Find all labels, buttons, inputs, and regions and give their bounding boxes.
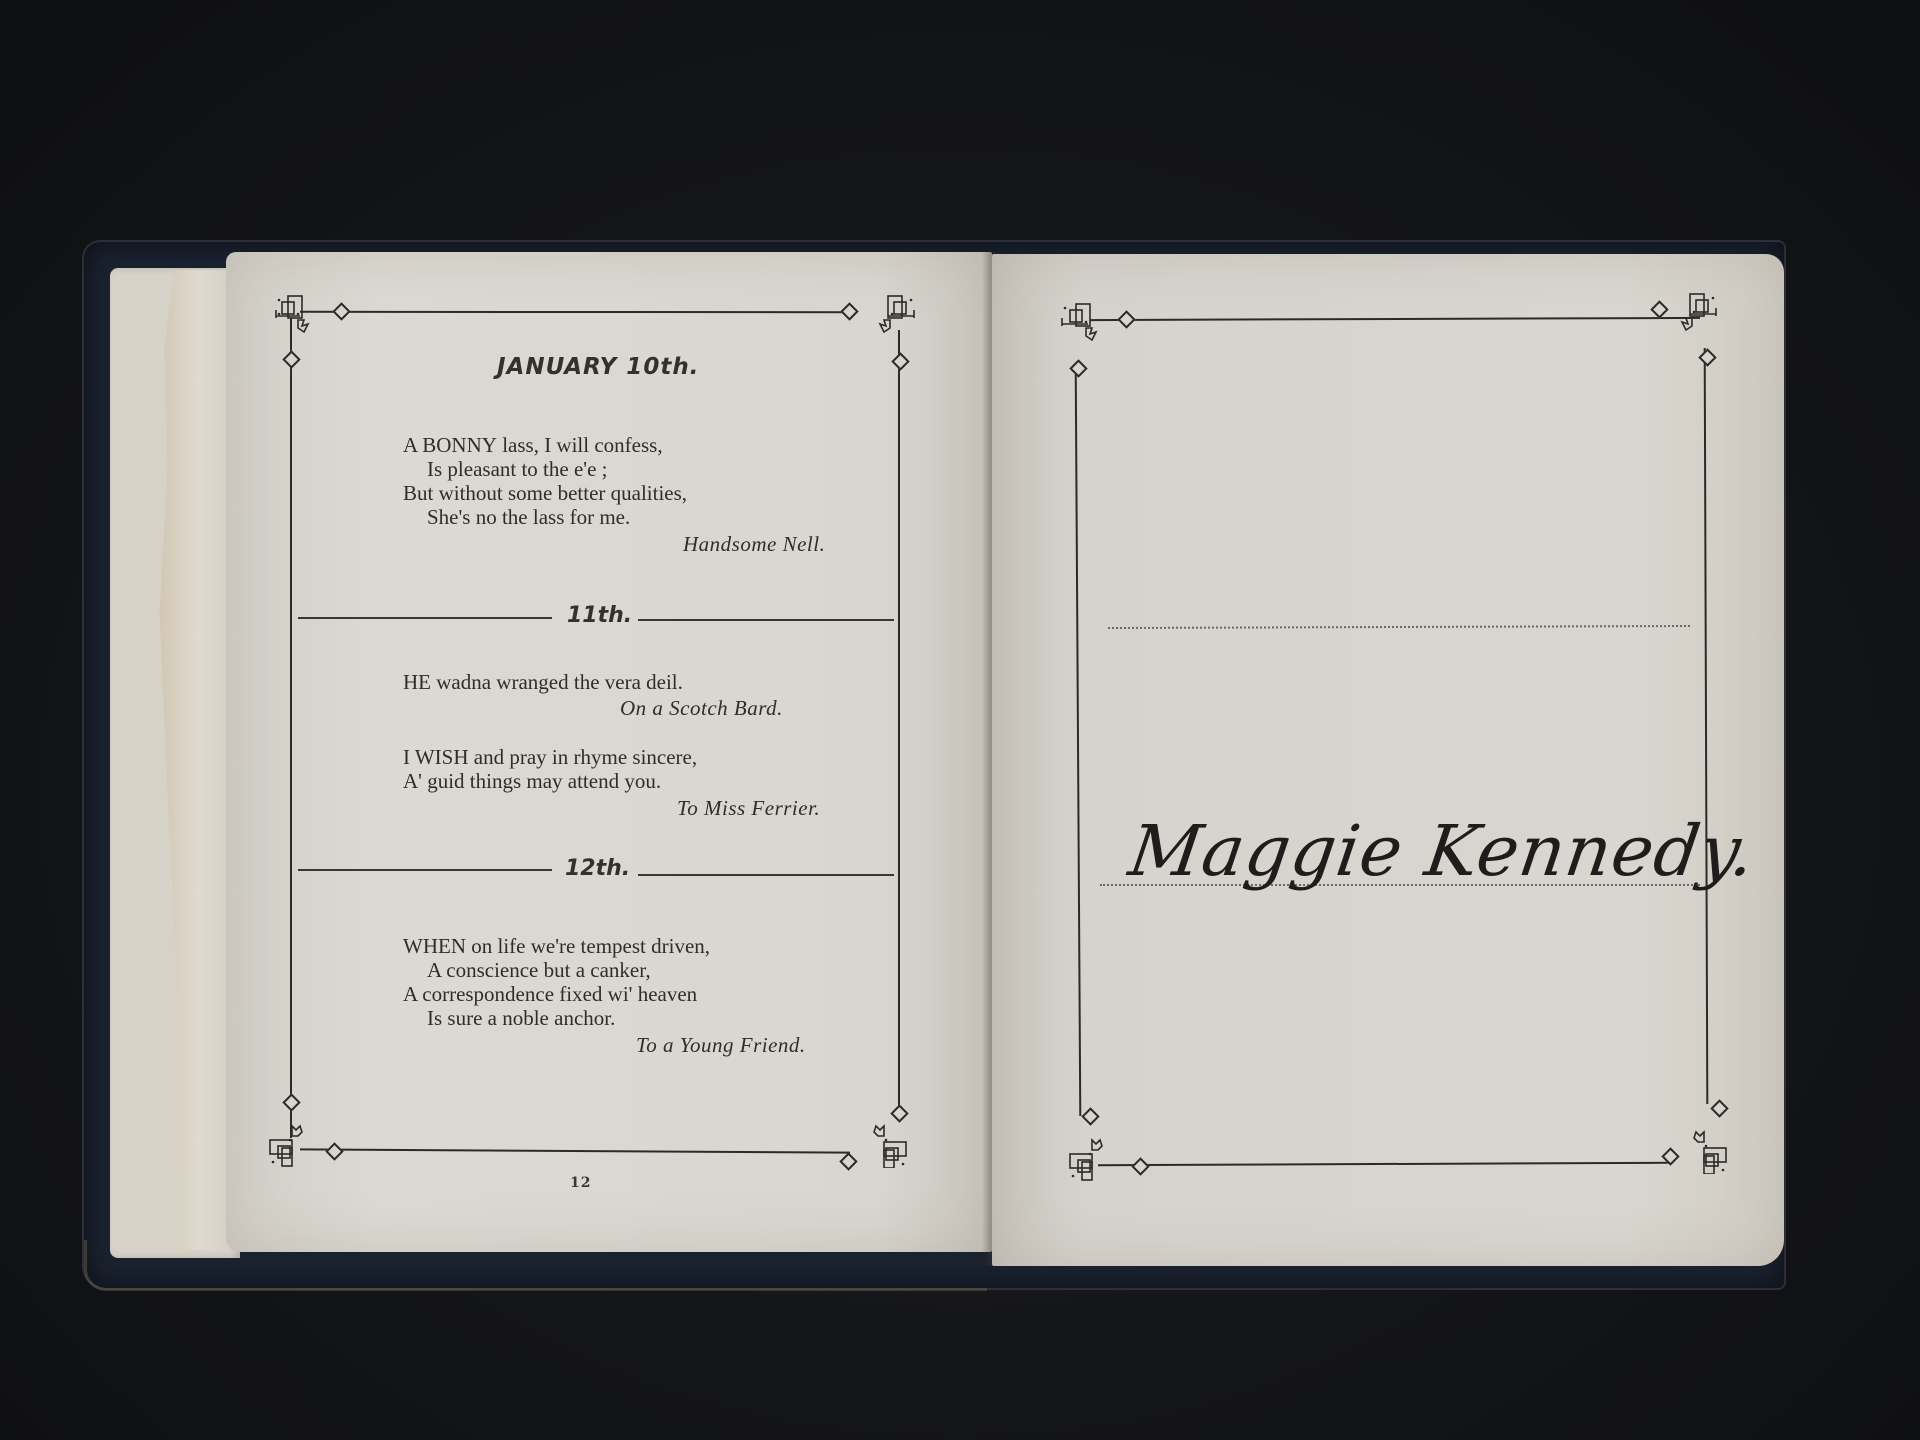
handwritten-signature: Maggie Kennedy. (1124, 810, 1760, 892)
corner-ornament-icon (1682, 1128, 1728, 1174)
corner-ornament-icon (870, 294, 916, 340)
verse-line: She's no the lass for me. (427, 505, 630, 530)
verse-lead-word: A BONNY (403, 433, 497, 457)
corner-ornament-icon (1068, 1136, 1114, 1182)
corner-ornament-icon (1060, 302, 1106, 348)
verse-line: Is pleasant to the e'e ; (427, 457, 607, 482)
page-number: 12 (570, 1175, 591, 1191)
right-page (992, 254, 1784, 1266)
corner-ornament-icon (268, 1122, 314, 1168)
day-divider-rule (298, 617, 552, 619)
verse-line: Is sure a noble anchor. (427, 1006, 615, 1031)
day-divider-rule (298, 869, 552, 871)
page-heading-date: JANUARY 10th. (497, 354, 699, 380)
verse-jan-11-a: HE wadna wranged the vera deil. (403, 670, 683, 695)
verse-line: A conscience but a canker, (427, 958, 651, 983)
verse-source: To Miss Ferrier. (677, 796, 820, 821)
verse-jan-12: WHEN on life we're tempest driven, (403, 934, 710, 959)
day-heading-12: 12th. (565, 856, 630, 881)
day-divider-rule (638, 874, 894, 876)
corner-ornament-icon (1672, 292, 1718, 338)
verse-jan-10: A BONNY lass, I will confess, (403, 433, 663, 458)
verse-line: A correspondence fixed wi' heaven (403, 982, 697, 1007)
verse-line: A' guid things may attend you. (403, 769, 661, 794)
corner-ornament-icon (274, 294, 320, 340)
corner-ornament-icon (862, 1122, 908, 1168)
verse-source: On a Scotch Bard. (620, 696, 783, 721)
verse-source: Handsome Nell. (683, 532, 825, 557)
verse-jan-11-b: I WISH and pray in rhyme sincere, (403, 745, 697, 770)
day-divider-rule (638, 619, 894, 621)
verse-source: To a Young Friend. (636, 1033, 806, 1058)
open-book: JANUARY 10th. A BONNY lass, I will confe… (0, 0, 1920, 1440)
day-heading-11: 11th. (567, 603, 632, 628)
verse-line: But without some better qualities, (403, 481, 687, 506)
